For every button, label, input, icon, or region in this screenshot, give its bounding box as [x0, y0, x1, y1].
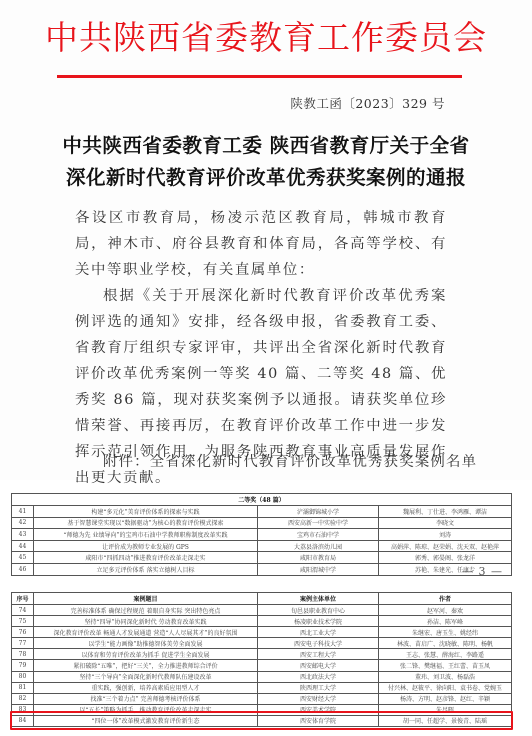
addressee: 各设区市教育局，杨凌示范区教育局，韩城市教育局，神木市、府谷县教育和体育局，各高… — [75, 205, 447, 283]
table-row: 74完善标准体系 确保过程规范 着眼自身实际 突出特色亮点旬邑县职业教育中心赵军… — [12, 605, 512, 616]
table-header-row: 序号 案例题目 案例主体单位 作者 — [12, 593, 512, 605]
table-row: 44让评价成为教师专业发展的 GPS大荔县洛滨幼儿园高娟萍、陈琼、赵荣娟、沈天双… — [12, 540, 512, 552]
header-title: 案例题目 — [34, 593, 258, 605]
headline-line-2: 深化新时代教育评价改革优秀获奖案例的通报 — [0, 162, 532, 190]
table-row: 81重实践，强创新，培养高素质应用型人才陕西理工大学付兴林、赵筱平、徐向阳、袁书… — [12, 682, 512, 693]
notice-page: 中共陕西省委教育工作委员会 陕教工函〔2023〕329 号 中共陕西省委教育工委… — [0, 0, 532, 480]
table-row: 77以学生“能力画像”助推德智体美劳全面发展西安电子科技大学林波、苗启广、沈晓敏… — [12, 638, 512, 649]
table-row: 83以“五长”策略为抓手，推动教育评价改革走深走实西安美术学院朱尽晖 — [12, 704, 512, 715]
table-row: 45咸阳市“四抓四动”推进教育评价改革走深走实咸阳市教育局郭秀、郭晏阁、张龙洋 — [12, 552, 512, 564]
header-authors: 作者 — [379, 593, 512, 605]
second-prize-table: 二等奖（48 篇） 41构建“多元化”美育评价体系的探索与实践浐灞御锦城小学魏展… — [11, 493, 512, 576]
table-row: 79紧扣破除“五唯”，把好“三关”，全力推进教师综合评价西安邮电大学张二锋、樊继… — [12, 660, 512, 671]
table-row: 82找准“三个着力点” 完善师德考核评价体系西安财经大学杨涛、方明、赵彦锋、赵红… — [12, 693, 512, 704]
document-number: 陕教工函〔2023〕329 号 — [290, 94, 445, 112]
table-row: 76深化教育评价改革 畅通人才发展通道 营造“人人尽展其才”的良好氛围西北工业大… — [12, 627, 512, 638]
table-row: 46立足多元评价体系 落实立德树人目标咸阳渭城中学苏艳、朱建光、任康专 — [12, 563, 512, 575]
table-row: 41构建“多元化”美育评价体系的探索与实践浐灞御锦城小学魏展利、丁仕进、李鸿雁、… — [12, 506, 512, 518]
table-row: 43“师德为先 业绩导向”的宝鸡市石油中学教师职称制度改革实践宝鸡市石油中学刘涛 — [12, 529, 512, 541]
page-number: — 3 — — [462, 565, 503, 578]
attachment-line: 附件：全省深化新时代教育评价改革优秀获奖案例名单 — [103, 450, 477, 471]
section-title: 二等奖（48 篇） — [12, 494, 512, 506]
letterhead-title: 中共陕西省委教育工作委员会 — [0, 18, 532, 58]
header-no: 序号 — [12, 593, 34, 605]
red-divider — [57, 75, 462, 78]
table-row: 42基于智慧课堂实现以“数据驱动”为核心的教育评价模式探索西安高新一中实验中学李… — [12, 517, 512, 529]
excellence-award-table: 序号 案例题目 案例主体单位 作者 74完善标准体系 确保过程规范 着眼自身实际… — [11, 592, 512, 727]
headline-line-1: 中共陕西省委教育工委 陕西省教育厅关于全省 — [0, 130, 532, 158]
table-row: 78以体育和劳育评价改革为抓手 促进学生全面发展西安工程大学王志、张慧、薛海红、… — [12, 649, 512, 660]
header-unit: 案例主体单位 — [258, 593, 379, 605]
table-row: 75坚持“四导”协同深化新时代 劳动教育改革实践杨凌职业技术学院孙洁、陈军峰 — [12, 616, 512, 627]
table-row: 80坚持“三个导向”全面深化新时代教师队伍建设改革西北政法大学董玮、刘卫波、杨磊… — [12, 671, 512, 682]
table-row-highlighted: 84“四位一体”改革模式激发教育评价新生态西安体育学院胡一同、任超学、景俊青、陆… — [12, 715, 512, 726]
